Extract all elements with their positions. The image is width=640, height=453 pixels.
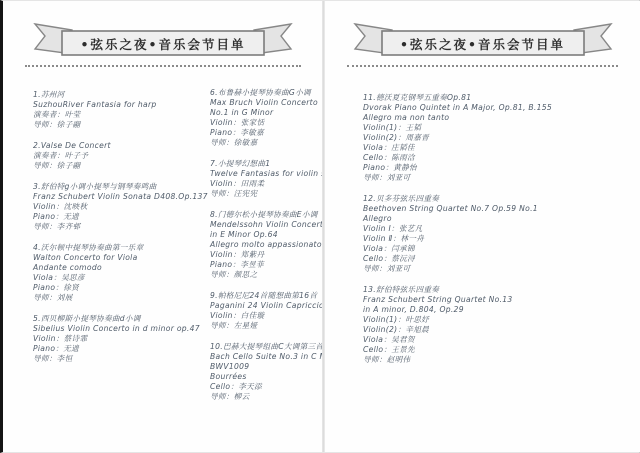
ribbon-banner-right: •弦乐之夜•音乐会节目单 (352, 23, 614, 59)
program-line: Violin(1)：叶思妤 (363, 315, 593, 325)
program-line: 导师：汪宪宪 (210, 189, 322, 199)
program-line: 12.贝多芬弦乐四重奏 (363, 194, 593, 204)
program-line: 导师：颜思之 (210, 270, 322, 280)
program-line: 导师：赵明伟 (363, 355, 593, 365)
program-line: Viola：闫承锦 (363, 244, 593, 254)
program-line: in E Minor Op.64 (210, 230, 322, 240)
program-line: 导师：徐子翮 (33, 161, 205, 171)
program-line: Violin：白佳璇 (210, 311, 322, 321)
program-line: Allegro (363, 214, 593, 224)
program-line: Andante comodo (33, 263, 205, 273)
program-line: Allegro molto appassionato (210, 240, 322, 250)
program-line: 7.小提琴幻想曲1 (210, 159, 322, 169)
program-line: Franz Schubert String Quartet No.13 (363, 295, 593, 305)
program-column-left-2: 6.布鲁赫小提琴协奏曲G小调Max Bruch Violin ConcertoN… (210, 88, 322, 413)
banner-title: •弦乐之夜•音乐会节目单 (383, 32, 583, 55)
program-line: 导师：李齐邨 (33, 222, 205, 232)
program-line: Viola：吴君贺 (363, 335, 593, 345)
divider-dotted-line (347, 65, 618, 67)
program-line: Violin(1)：王韬 (363, 123, 593, 133)
program-line: Piano：无遗 (33, 212, 205, 222)
program-item: 2.Valse De Concert演奏者：叶子予导师：徐子翮 (33, 141, 205, 171)
program-line: 2.Valse De Concert (33, 141, 205, 151)
program-line: 10.巴赫大提琴组曲C大调第三首 (210, 342, 322, 352)
banner-title: •弦乐之夜•音乐会节目单 (63, 32, 263, 55)
program-item: 9.帕格尼尼24首随想曲第16首Paganini 24 Violin Capri… (210, 291, 322, 331)
program-line: Piano：李敏嘉 (210, 128, 322, 138)
program-line: Violin Ⅱ：林一舟 (363, 234, 593, 244)
program-scan: •弦乐之夜•音乐会节目单 1.苏州河SuzhouRiver Fantasia f… (0, 0, 640, 453)
program-item: 1.苏州河SuzhouRiver Fantasia for harp演奏者：叶莹… (33, 90, 205, 130)
program-line: SuzhouRiver Fantasia for harp (33, 100, 205, 110)
program-item: 3.舒伯特g小调小提琴与钢琴奏鸣曲Franz Schubert Violin S… (33, 182, 205, 232)
program-line: Bach Cello Suite No.3 in C Major (210, 352, 322, 362)
program-item: 10.巴赫大提琴组曲C大调第三首Bach Cello Suite No.3 in… (210, 342, 322, 402)
program-line: Violin：蔡诗霏 (33, 334, 205, 344)
program-line: Beethoven String Quartet No.7 Op.59 No.1 (363, 204, 593, 214)
program-line: Dvorak Piano Quintet in A Major, Op.81, … (363, 103, 593, 113)
program-line: Piano：李昱菲 (210, 260, 322, 270)
program-line: Sibelius Violin Concerto in d minor op.4… (33, 324, 205, 334)
program-column-left-1: 1.苏州河SuzhouRiver Fantasia for harp演奏者：叶莹… (33, 90, 205, 375)
program-page-left: •弦乐之夜•音乐会节目单 1.苏州河SuzhouRiver Fantasia f… (3, 1, 323, 452)
program-page-right: •弦乐之夜•音乐会节目单 11.德沃夏克钢琴五重奏Op.81Dvorak Pia… (325, 1, 640, 452)
program-line: Bourrées (210, 372, 322, 382)
program-line: 导师：徐子翮 (33, 120, 205, 130)
program-line: Cello：王景先 (363, 345, 593, 355)
program-line: Violin：郑紫丹 (210, 250, 322, 260)
program-item: 6.布鲁赫小提琴协奏曲G小调Max Bruch Violin ConcertoN… (210, 88, 322, 148)
program-line: 导师：刘展 (33, 293, 205, 303)
program-line: Max Bruch Violin Concerto (210, 98, 322, 108)
program-line: Franz Schubert Violin Sonata D408.Op.137 (33, 192, 205, 202)
program-line: 导师：李恒 (33, 354, 205, 364)
program-line: 导师：徐敏嘉 (210, 138, 322, 148)
program-line: Violin Ⅰ：张艺凡 (363, 224, 593, 234)
program-item: 4.沃尔顿中提琴协奏曲第一乐章Walton Concerto for Viola… (33, 243, 205, 303)
program-line: No.1 in G Minor (210, 108, 322, 118)
program-line: Allegro ma non tanto (363, 113, 593, 123)
program-line: Cello：蔡沅浔 (363, 254, 593, 264)
program-column-right-1: 11.德沃夏克钢琴五重奏Op.81Dvorak Piano Quintet in… (363, 93, 593, 376)
program-line: Cello：陈雨浛 (363, 153, 593, 163)
program-line: Violin(2)：周嘉晋 (363, 133, 593, 143)
program-item: 12.贝多芬弦乐四重奏Beethoven String Quartet No.7… (363, 194, 593, 274)
program-line: Piano：无遗 (33, 344, 205, 354)
program-line: Violin：张家恬 (210, 118, 322, 128)
program-line: Viola：吴思彦 (33, 273, 205, 283)
program-item: 7.小提琴幻想曲1Twelve Fantasias for violin sol… (210, 159, 322, 199)
program-line: Viola：庄韬佳 (363, 143, 593, 153)
program-line: 导师：刘亚可 (363, 173, 593, 183)
divider-dotted-line (25, 65, 300, 67)
program-item: 5.西贝柳斯小提琴协奏曲d小调Sibelius Violin Concerto … (33, 314, 205, 364)
program-line: Twelve Fantasias for violin solo No.1 (210, 169, 322, 179)
program-line: Violin：田雨柔 (210, 179, 322, 189)
program-line: Piano：黄静怡 (363, 163, 593, 173)
program-line: Violin：沈映秋 (33, 202, 205, 212)
program-item: 13.舒伯特弦乐四重奏Franz Schubert String Quartet… (363, 285, 593, 365)
program-line: 6.布鲁赫小提琴协奏曲G小调 (210, 88, 322, 98)
program-line: 导师：柳云 (210, 392, 322, 402)
program-line: Walton Concerto for Viola (33, 253, 205, 263)
program-line: 4.沃尔顿中提琴协奏曲第一乐章 (33, 243, 205, 253)
program-line: 演奏者：叶莹 (33, 110, 205, 120)
program-line: 导师：刘亚可 (363, 264, 593, 274)
program-line: Violin(2)：辛旭晨 (363, 325, 593, 335)
program-line: Paganini 24 Violin Capriccio No.16 (210, 301, 322, 311)
program-line: 1.苏州河 (33, 90, 205, 100)
program-line: 3.舒伯特g小调小提琴与钢琴奏鸣曲 (33, 182, 205, 192)
ribbon-banner-left: •弦乐之夜•音乐会节目单 (32, 23, 294, 59)
program-line: Cello：李天添 (210, 382, 322, 392)
program-line: 导师：左星娅 (210, 321, 322, 331)
program-line: 9.帕格尼尼24首随想曲第16首 (210, 291, 322, 301)
program-item: 8.门德尔松小提琴协奏曲E小调Mendelssohn Violin Concer… (210, 210, 322, 280)
program-line: 演奏者：叶子予 (33, 151, 205, 161)
program-line: 11.德沃夏克钢琴五重奏Op.81 (363, 93, 593, 103)
program-line: 8.门德尔松小提琴协奏曲E小调 (210, 210, 322, 220)
program-line: Mendelssohn Violin Concerto (210, 220, 322, 230)
program-item: 11.德沃夏克钢琴五重奏Op.81Dvorak Piano Quintet in… (363, 93, 593, 183)
program-line: 5.西贝柳斯小提琴协奏曲d小调 (33, 314, 205, 324)
program-line: Piano：徐贤 (33, 283, 205, 293)
program-line: in A minor, D.804, Op.29 (363, 305, 593, 315)
program-line: 13.舒伯特弦乐四重奏 (363, 285, 593, 295)
program-line: BWV1009 (210, 362, 322, 372)
